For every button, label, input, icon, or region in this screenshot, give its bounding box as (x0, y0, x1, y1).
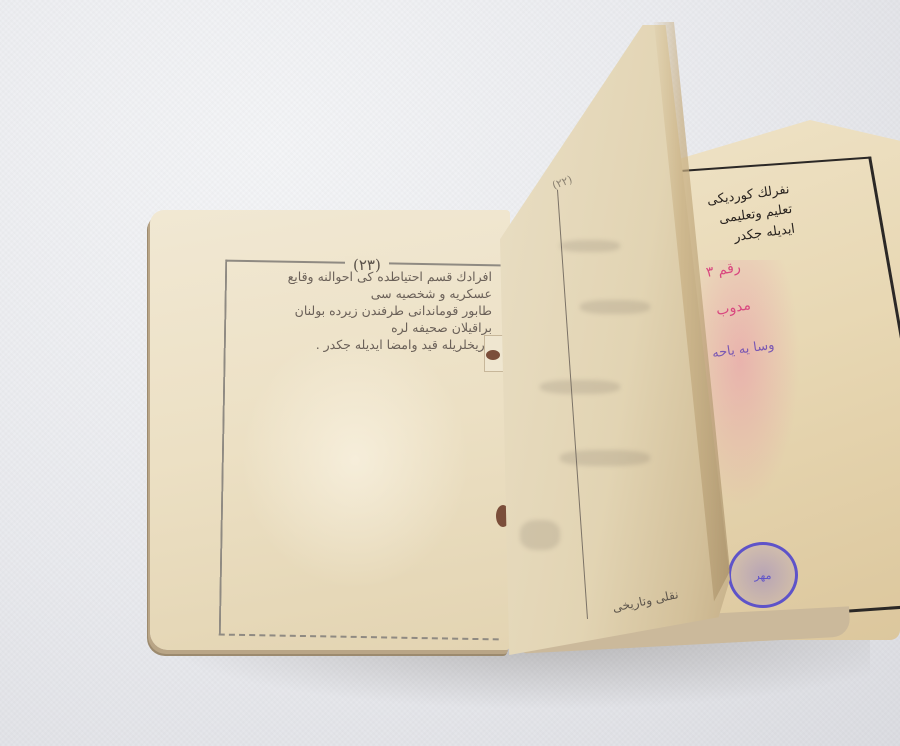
seal-stamp: مهر (728, 542, 798, 608)
printed-line-1: افرادك قسم احتياطده كى احوالنه وقايع عسك… (262, 268, 492, 302)
smudge (560, 450, 650, 466)
seal-text: مهر (754, 569, 771, 582)
smudge (560, 240, 620, 252)
printed-line-2: طابور قوماندانى طرفندن زيرده بولنان براق… (262, 302, 492, 336)
printed-line-3: تاريخلريله قيد وامضا ايديله جكدر . (262, 336, 492, 353)
smudge (580, 300, 650, 314)
left-page-printed-text: افرادك قسم احتياطده كى احوالنه وقايع عسك… (262, 268, 492, 353)
smudge (520, 520, 560, 550)
rust-spot-1 (486, 350, 500, 360)
smudge (540, 380, 620, 394)
